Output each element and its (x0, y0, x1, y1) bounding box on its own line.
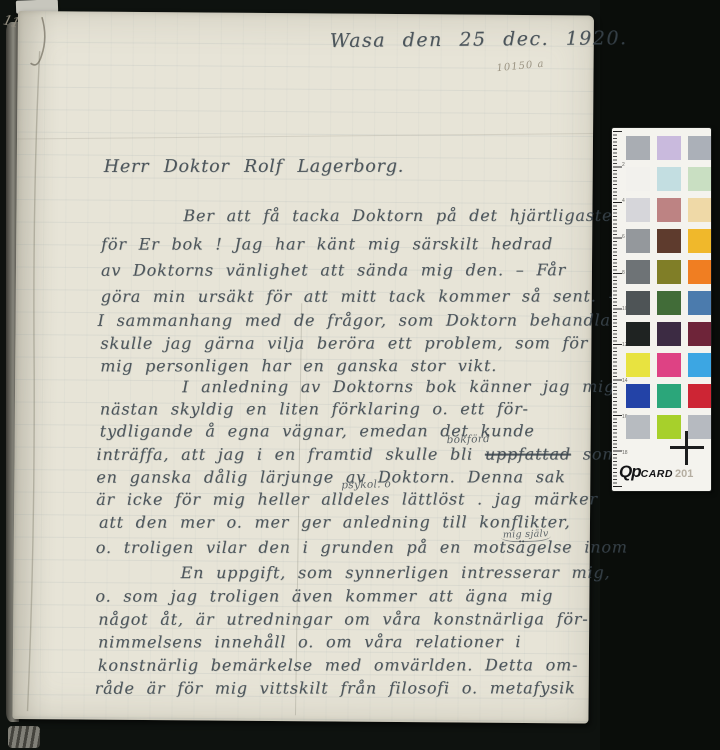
letter-line: är icke för mig heller alldeles lättlöst… (96, 489, 598, 508)
color-patch (657, 384, 681, 408)
letter-line: nimmelsens innehåll o. om våra relatione… (98, 632, 521, 651)
letter-line: råde är för mig vittskilt från filosofi … (95, 678, 576, 697)
color-patch (626, 384, 650, 408)
color-patch (657, 198, 681, 222)
letter-line: I sammanhang med de frågor, som Doktorn … (98, 310, 624, 329)
letter-line: konstnärlig bemärkelse med omvärlden. De… (98, 655, 578, 674)
letter-line: skulle jag gärna vilja beröra ett proble… (100, 333, 588, 352)
letter-line: mig personligen har en ganska stor vikt. (100, 356, 497, 375)
struck-word: uppfattad (485, 444, 571, 463)
color-patch (688, 198, 711, 222)
crosshair-icon (670, 431, 704, 465)
color-patch (688, 260, 711, 284)
interlinear-insertion: psykol. o (341, 478, 391, 491)
struck-line-pre: inträffa, att jag i en framtid skulle bl… (97, 445, 485, 464)
color-patch (688, 353, 711, 377)
color-patch (657, 353, 681, 377)
qpcard-color-chart: 24681012141618 QpCARD201 (612, 128, 711, 491)
color-patch (688, 136, 711, 160)
color-patch (657, 322, 681, 346)
letter-line: I anledning av Doktorns bok känner jag m… (182, 377, 615, 396)
letter-line: för Er bok ! Jag har känt mig särskilt h… (101, 234, 553, 253)
qpcard-brand-card: CARD (641, 468, 673, 480)
ruler-number: 6 (622, 235, 625, 240)
letter-line: göra min ursäkt för att mitt tack kommer… (101, 286, 618, 305)
letter-line: en ganska dålig lärjunge av Doktorn. Den… (96, 467, 565, 486)
ruler-number: 2 (622, 163, 625, 168)
letter-line: o. troligen vilar den i grunden på en mo… (96, 537, 628, 556)
letter-line: av Doktorns vänlighet att sända mig den.… (101, 260, 566, 279)
letter-line: nästan skyldig en liten förklaring o. et… (100, 399, 529, 418)
color-patch (657, 167, 681, 191)
letter-date: Wasa den 25 dec. 1920. (330, 27, 628, 52)
color-patch (657, 291, 681, 315)
color-patch (626, 322, 650, 346)
letter-line: något åt, är utredningar om våra konstnä… (98, 609, 588, 628)
qpcard-model-number: 201 (675, 468, 693, 480)
archival-scan-scene: 11 Wasa den 25 dec. 1920. 10150 a Herr D… (0, 0, 720, 750)
letter-line: o. som jag troligen även kommer att ägna… (95, 586, 553, 605)
color-patch (688, 322, 711, 346)
letter-line: Ber att få tacka Doktorn på det hjärtlig… (183, 206, 612, 225)
color-patch (688, 291, 711, 315)
color-patch (657, 136, 681, 160)
archive-number: 10150 a (496, 59, 545, 75)
binding-tape (8, 726, 40, 748)
ruler-number: 8 (622, 271, 625, 276)
color-patch (688, 167, 711, 191)
color-patch (688, 384, 711, 408)
qpcard-brand: Qp (619, 462, 641, 481)
color-patch (626, 229, 650, 253)
letter-line-with-strikethrough: inträffa, att jag i en framtid skulle bl… (97, 444, 619, 463)
interlinear-insertion: bokförd (446, 433, 490, 446)
color-patch (626, 353, 650, 377)
letter-salutation: Herr Doktor Rolf Lagerborg. (104, 157, 404, 177)
color-patch (688, 229, 711, 253)
qpcard-logo: QpCARD201 (619, 462, 711, 482)
ruler-scale: 24681012141618 (613, 131, 626, 487)
color-patch (626, 136, 650, 160)
color-patch (626, 198, 650, 222)
ruler-number: 18 (622, 451, 628, 456)
color-patch (626, 260, 650, 284)
color-patch (626, 415, 650, 439)
qpcard-swatch-grid (626, 136, 711, 439)
letter-line: En uppgift, som synnerligen intresserar … (181, 563, 611, 582)
color-patch (657, 260, 681, 284)
ruler-number: 4 (622, 199, 625, 204)
color-patch (626, 291, 650, 315)
color-patch (657, 229, 681, 253)
color-patch (626, 167, 650, 191)
letter-page: Wasa den 25 dec. 1920. 10150 a Herr Dokt… (12, 11, 594, 724)
